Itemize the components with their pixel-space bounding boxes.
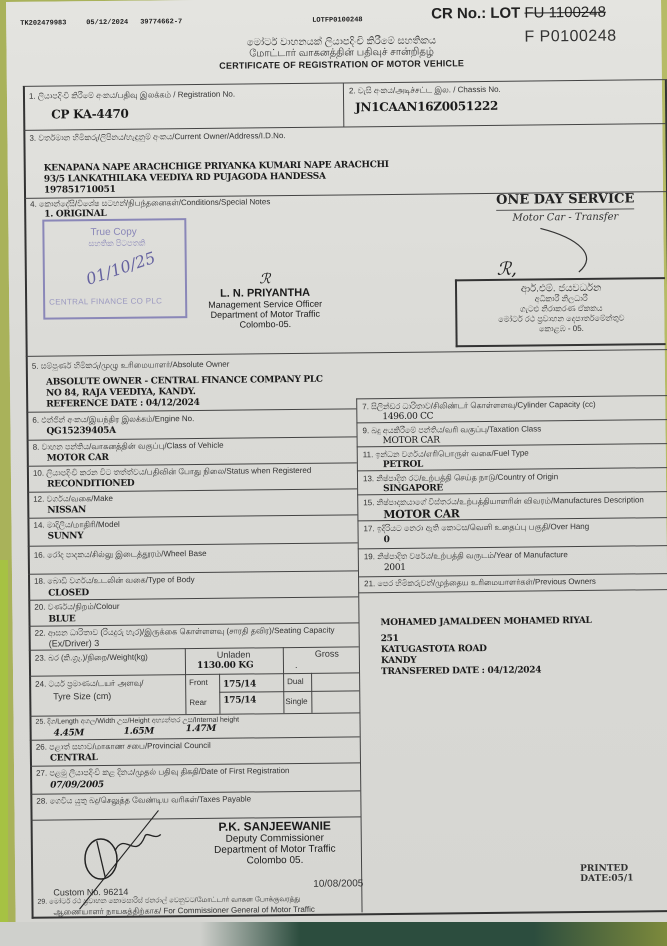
class-of-vehicle-value: MOTOR CAR — [47, 453, 109, 464]
provincial-council-label: 26. පළාත් සභාව/மாகாண சபை/Provincial Coun… — [36, 741, 211, 753]
taxation-class-value: MOTOR CAR — [383, 435, 440, 446]
true-copy-text: True Copy — [90, 227, 136, 238]
commissioner-name: P.K. SANJEEWANIE — [195, 818, 355, 834]
cylinder-capacity-value: 1496.00 CC — [382, 412, 433, 423]
current-owner-id: 197851710051 — [44, 185, 116, 196]
colour-label: 20. වර්ණය/நிறம்/Colour — [34, 602, 119, 613]
front-label: Front — [189, 678, 208, 687]
over-hang-value: 0 — [384, 535, 390, 545]
background-edge — [0, 560, 8, 940]
colour-value: BLUE — [48, 614, 75, 624]
status-registered-value: RECONDITIONED — [47, 479, 134, 490]
make-value: NISSAN — [47, 505, 86, 515]
front-tyre-value: 175/14 — [223, 679, 256, 689]
background-surface — [0, 922, 667, 946]
absolute-owner-label: 5. සම්පූර්ණ හිමිකරු/முழு உரிமையாளர்/Abso… — [32, 360, 230, 372]
single-label: Single — [285, 697, 307, 706]
model-label: 14. මාදිලිය/மாதிரி/Model — [33, 520, 119, 531]
height-value: 1.47M — [186, 724, 216, 734]
certificate-title: මෝටර් වාහනයක් ලියාපදිංචි කිරීමේ සහතිකය ம… — [32, 25, 650, 72]
reference-number: TK202479983 — [20, 19, 66, 27]
first-registration-value: 07/09/2005 — [50, 780, 104, 791]
engine-no-value: QG15239405A — [46, 426, 115, 437]
printed-date: PRINTED DATE:05/1 — [580, 863, 667, 884]
fuel-type-value: PETROL — [383, 460, 423, 470]
transfer-date: TRANSFERED DATE : 04/12/2024 — [381, 665, 541, 677]
cr-number-label: CR No.: LOT — [431, 5, 520, 23]
tyre-size-label-si: 24. ටයර් ප්‍රමාණය/டயர் அளவு/ — [35, 679, 143, 690]
reference-date: REFERENCE DATE : 04/12/2024 — [46, 398, 199, 410]
true-copy-text-sinhala: සහතික පිටපතකි — [88, 239, 145, 250]
country-of-origin-label: 13. නිෂ්පාදිත රට/உற்பத்தி செய்த நாடு/Cou… — [363, 472, 558, 484]
manufacturer-description-value: MOTOR CAR — [383, 507, 459, 521]
weight-label: 23. බර (කි.ග්‍රෑ.)/நிறை/Weight(kg) — [35, 653, 148, 664]
previous-owner-address-2: KATUGASTOTA ROAD — [381, 644, 487, 655]
fuel-type-label: 11. ඉන්ධන වර්ගය/எரிபொருள் வகை/Fuel Type — [363, 449, 529, 461]
commissioner-department: Department of Motor Traffic — [195, 843, 355, 856]
conditions-value: 1. ORIGINAL — [44, 209, 106, 220]
provincial-council-value: CENTRAL — [50, 753, 98, 763]
previous-owner-address-1: 251 — [381, 634, 399, 644]
gross-label: Gross — [315, 649, 339, 659]
commissioner-city: Colombo 05. — [195, 854, 355, 867]
rear-tyre-value: 175/14 — [223, 695, 256, 705]
seal-line: කොළඹ - 05. — [457, 323, 665, 335]
gross-value: . — [295, 660, 298, 670]
dual-label: Dual — [287, 677, 304, 686]
commissioner-signature-block: P.K. SANJEEWANIE Deputy Commissioner Dep… — [195, 818, 355, 867]
unladen-value: 1130.00 KG — [197, 660, 253, 671]
wheel-base-label: 16. රෝද පාදකය/சில்லு இடைத்தூரம்/Wheel Ba… — [34, 549, 207, 561]
width-value: 1.65M — [124, 726, 154, 736]
unladen-label: Unladen — [217, 649, 251, 659]
model-value: SUNNY — [48, 531, 84, 541]
chassis-no-label: 2. චැසි අංකය/அடிச்சட்ட இல. / Chassis No. — [349, 85, 501, 97]
header-ref-mid: 39774662-7 — [140, 18, 182, 26]
type-of-body-label: 18. බොඩි වර්ගය/உடலின் வகை/Type of Body — [34, 575, 195, 587]
length-value: 4.45M — [54, 728, 84, 738]
one-day-service-stamp: ONE DAY SERVICE Motor Car - Transfer — [496, 191, 635, 223]
chassis-no-value: JN1CAAN16Z0051222 — [355, 99, 498, 114]
type-of-body-value: CLOSED — [48, 588, 89, 598]
true-copy-stamp: True Copy සහතික පිටපතකි 01/10/25 CENTRAL… — [42, 218, 187, 320]
tyre-size-label: Tyre Size (cm) — [53, 691, 111, 702]
year-of-manufacture-value: 2001 — [384, 563, 406, 573]
one-day-service-heading: ONE DAY SERVICE — [496, 191, 634, 210]
make-label: 12. වර්ගය/வகை/Make — [33, 494, 113, 505]
cr-number-struck: FU 1100248 — [524, 4, 606, 22]
engine-no-label: 6. එන්ජින් අංකය/இயந்திர இலக்கம்/Engine N… — [32, 414, 194, 426]
signature-mark: ℛ — [195, 271, 335, 288]
issue-date: 10/08/2005 — [313, 878, 363, 890]
lot-reference: LOTFP0100248 — [312, 16, 363, 25]
rear-label: Rear — [189, 698, 206, 707]
signature-mark: ℛ, — [497, 259, 517, 280]
cr-number: CR No.: LOT FU 1100248 — [431, 4, 606, 23]
seating-capacity-value: (Ex/Driver) 3 — [49, 638, 100, 649]
year-of-manufacture-label: 19. නිෂ්පාදිත වර්ෂය/உற்பத்தி வருடம்/Year… — [364, 550, 568, 562]
registration-certificate: TK202479983 05/12/2024 39774662-7 LOTFP0… — [6, 0, 667, 940]
taxation-class-label: 9. බදු අයකිරීමේ පන්තිය/வரி வகுப்பு/Taxat… — [362, 424, 541, 436]
signature-stroke — [538, 226, 599, 277]
registration-no-value: CP KA-4470 — [51, 107, 129, 122]
previous-owner-address-3: KANDY — [381, 656, 417, 666]
country-of-origin-value: SINGAPORE — [383, 483, 443, 494]
sinhala-official-seal: ආර්.එම්. ජයවර්ධන අධිකාරී නිලධාරී ගැටළු න… — [455, 277, 666, 347]
class-of-vehicle-label: 8. වාහන පන්තිය/வாகனத்தின் வகுப்பு/Class … — [33, 441, 224, 453]
stamp-company: CENTRAL FINANCE CO PLC — [49, 296, 162, 306]
header-date: 05/12/2024 — [86, 19, 128, 27]
officer-city: Colombo-05. — [195, 319, 335, 330]
stamp-date: 01/10/25 — [84, 248, 158, 289]
one-day-service-subtitle: Motor Car - Transfer — [496, 211, 634, 223]
absolute-owner-address: NO 84, RAJA VEEDIYA, KANDY. — [46, 387, 196, 399]
officer-signature-block: ℛ L. N. PRIYANTHA Management Service Off… — [195, 271, 336, 330]
